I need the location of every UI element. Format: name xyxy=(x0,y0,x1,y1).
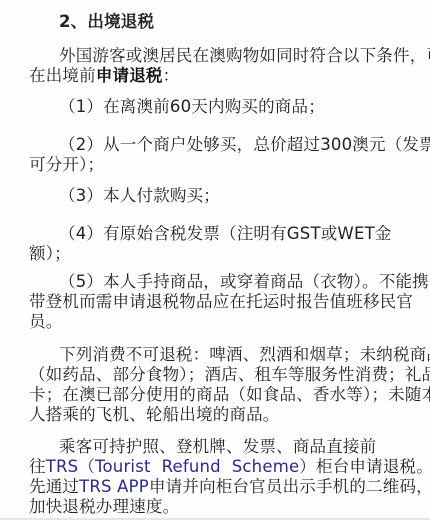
condition-5: （5）本人手持商品，或穿着商品（衣物）。不能携 带登机而需申请退税物品应在托运时… xyxy=(29,272,401,332)
condition-3: （3）本人付款购买； xyxy=(29,186,401,206)
apply-refund-emphasis: 申请退税 xyxy=(96,66,163,85)
procedure-paragraph: 乘客可持护照、登机牌、发票、商品直接前 往TRS（Tourist Refund … xyxy=(29,437,401,517)
condition-2: （2）从一个商户处够买，总价超过300澳元（发票 可分开）； xyxy=(29,135,401,175)
procedure-line-3: 先通过TRS APP申请并向柜台官员出示手机的二维码，可 xyxy=(29,477,401,497)
intro-paragraph: 外国游客或澳居民在澳购物如同时符合以下条件，可 在出境前申请退税： xyxy=(29,46,401,86)
condition-4: （4）有原始含税发票（注明有GST或WET金 额）； xyxy=(29,224,401,264)
document-page: 2、出境退税 外国游客或澳居民在澳购物如同时符合以下条件，可 在出境前申请退税：… xyxy=(0,0,430,520)
condition-1: （1）在离澳前60天内购买的商品； xyxy=(29,97,401,117)
trs-app-text: TRS APP xyxy=(79,477,149,496)
exclusions-paragraph: 下列消费不可退税：啤酒、烈酒和烟草；未纳税商品 （如药品、部分食物）；酒店、租车… xyxy=(29,345,401,425)
procedure-line-2: 往TRS（Tourist Refund Scheme）柜台申请退税。事 xyxy=(29,457,401,477)
trs-scheme-text: TRS（Tourist Refund Scheme） xyxy=(46,457,316,476)
intro-line-2: 在出境前申请退税： xyxy=(29,66,401,86)
section-heading: 2、出境退税 xyxy=(59,12,430,32)
intro-line-1: 外国游客或澳居民在澳购物如同时符合以下条件，可 xyxy=(29,46,401,66)
